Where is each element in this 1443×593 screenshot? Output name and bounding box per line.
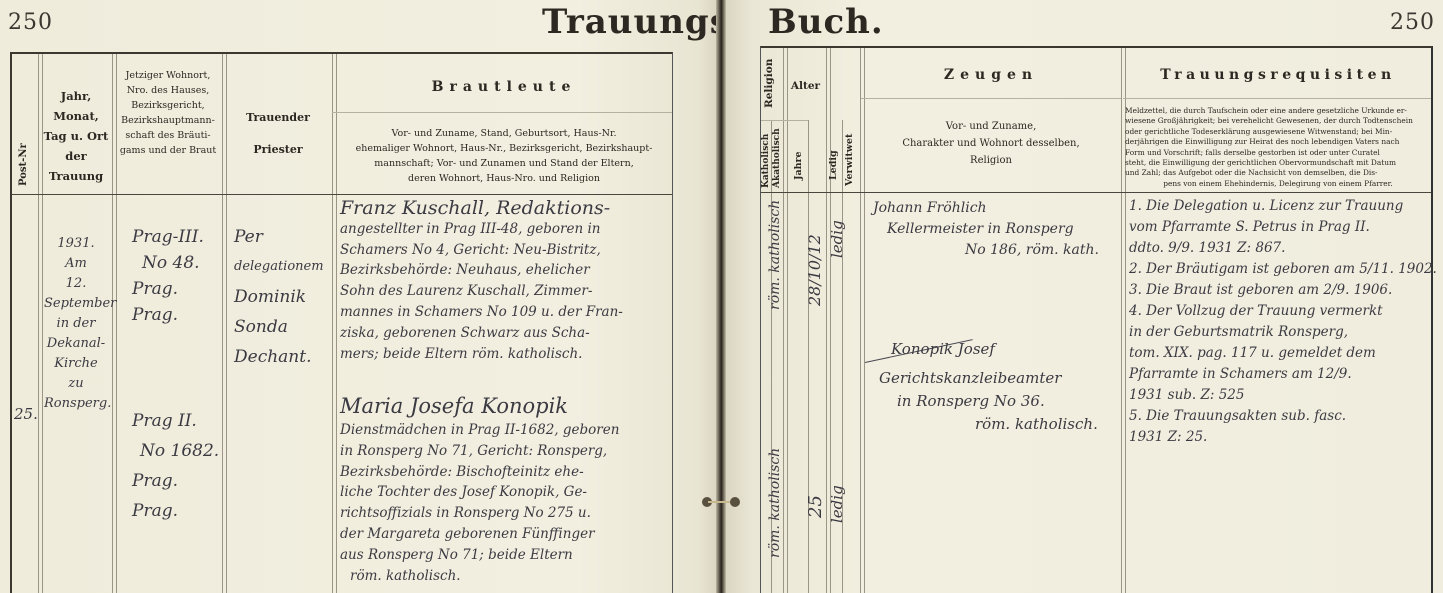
entry-witness-2: Konopik Josef Gerichtskanzleibeamter in … [879,338,1098,436]
col-divider [808,120,809,593]
entry-groom-age: 28/10/12 [805,234,824,306]
header-requisites-title: Trauungsrequisiten [1125,66,1431,84]
entry-bride-residence: Prag II. No 1682. Prag. Prag. [132,406,219,526]
left-register-table: Post-Nr Jahr, Monat, Tag u. Ort der Trau… [10,52,673,593]
header-acatholic: Akatholisch [772,128,782,188]
left-page: 250 Trauungs- Post-Nr Jahr, Monat, Tag u… [0,0,720,593]
right-register-table: Religion Katholisch Akatholisch Alter Ja… [760,46,1433,593]
entry-groom-status: ledig [828,220,846,258]
entry-date-place: 1931. Am 12. September in der Dekanal- K… [44,234,108,414]
header-years: Jahre [793,151,804,180]
header-witnesses-title: Zeugen [861,66,1121,84]
header-catholic: Katholisch [761,134,771,188]
entry-requisites: 1. Die Delegation u. Licenz zur Trauung … [1129,196,1437,448]
entry-bride-age: 25 [805,495,826,518]
header-requisites-desc: Meldzettel, die durch Taufschein oder ei… [1125,106,1431,189]
entry-bride-details: Maria Josefa Konopik Dienstmädchen in Pr… [340,392,619,586]
header-age: Alter [783,80,828,94]
header-couple-desc: Vor- und Zuname, Stand, Geburtsort, Haus… [336,126,672,186]
header-bottom-rule [761,192,1431,193]
header-subdivider [1123,98,1431,99]
header-subdivider [861,98,1121,99]
title-left: Trauungs- [542,2,745,42]
header-single: Ledig [828,150,839,180]
entry-groom-details: Franz Kuschall, Redaktions- angestellter… [340,198,623,364]
header-residence: Jetziger Wohnort, Nro. des Hauses, Bezir… [116,68,220,158]
binding-stitch [702,497,740,507]
entry-witness-1: Johann Fröhlich Kellermeister in Ronsper… [873,198,1099,261]
header-bottom-rule [12,194,672,195]
header-couple-title: Brautleute [336,78,672,96]
header-witnesses-desc: Vor- und Zuname, Charakter und Wohnort d… [861,118,1121,169]
entry-bride-status: ledig [828,485,846,523]
header-subdivider [761,120,808,121]
entry-post-nr: 25. [14,404,38,425]
header-religion: Religion [763,59,775,108]
header-date-place: Jahr, Monat, Tag u. Ort der Trauung [40,86,112,186]
header-priest: Trauender Priester [226,102,330,166]
page-number-left: 250 [8,10,53,35]
page-number-right: 250 [1390,10,1435,35]
entry-groom-residence: Prag-III. No 48. Prag. Prag. [132,224,204,328]
entry-priest: Per delegationem Dominik Sonda Dechant. [234,222,324,372]
header-widowed: Verwitwet [844,134,855,186]
header-post-nr: Post-Nr [18,143,29,186]
title-right: Buch. [768,2,884,42]
col-divider [783,48,788,593]
entry-groom-religion: röm. katholisch [767,200,783,310]
header-subdivider [332,112,672,113]
entry-bride-religion: röm. katholisch [767,448,783,558]
